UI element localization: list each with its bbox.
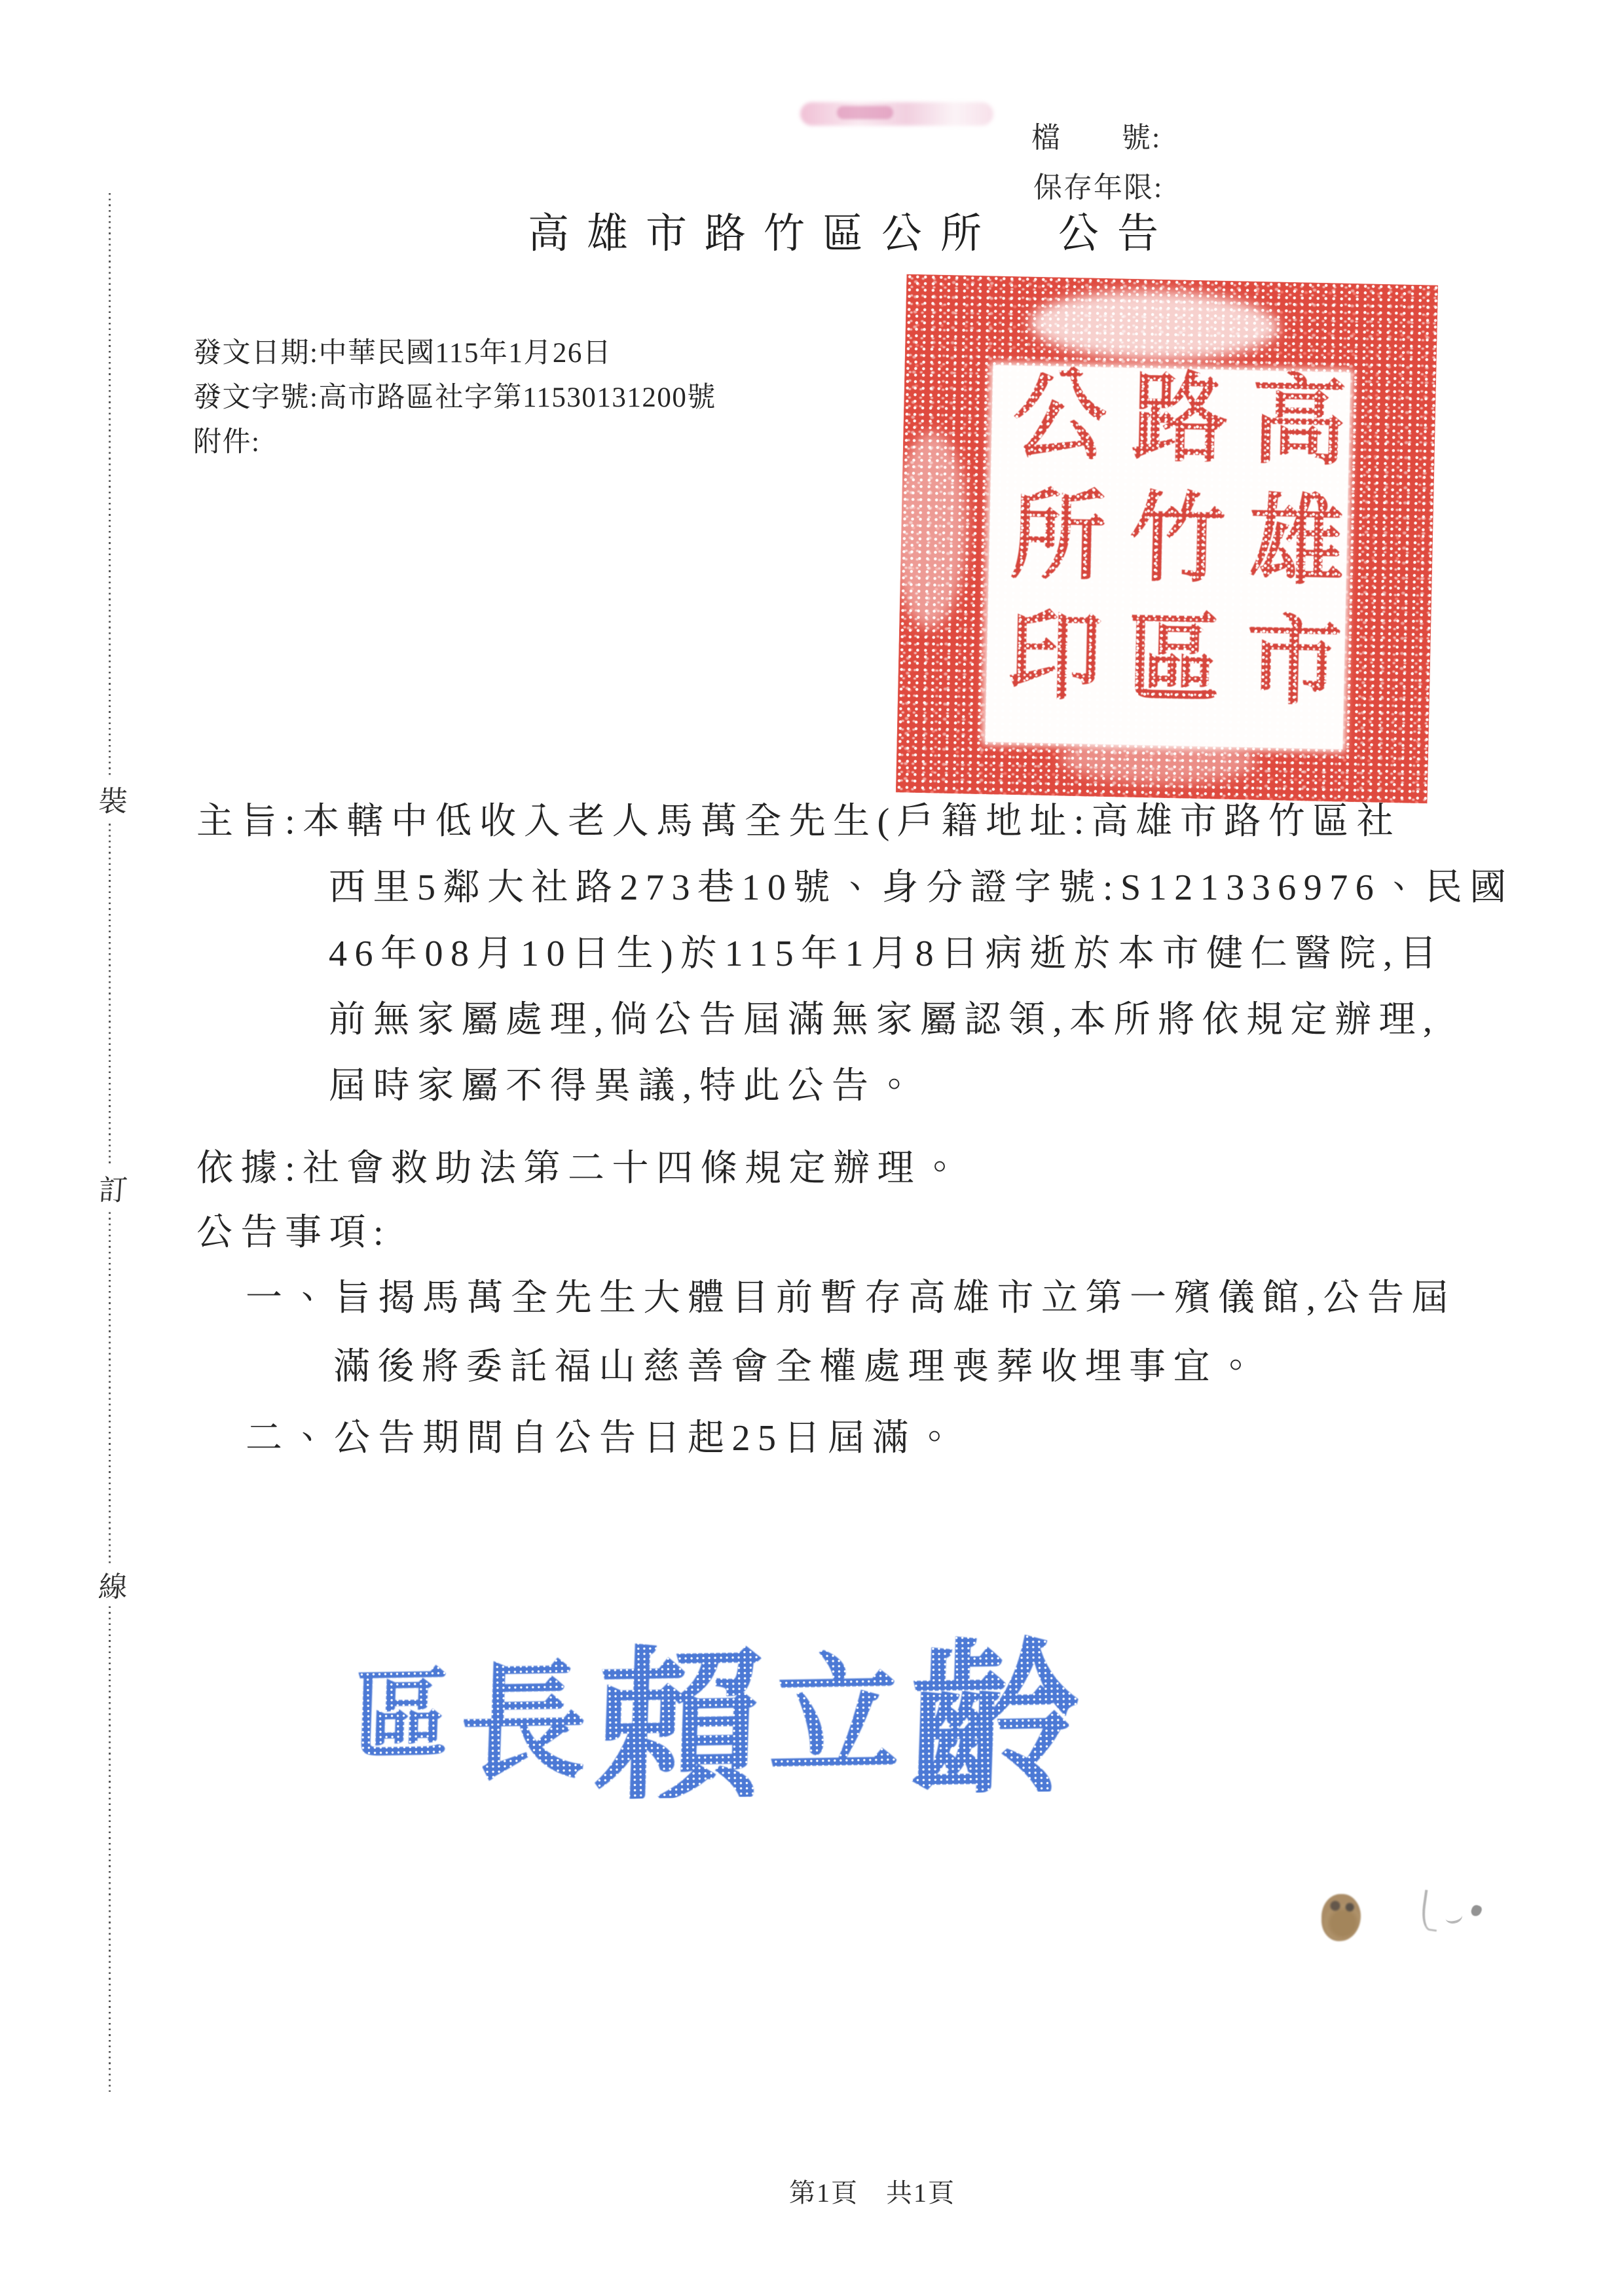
binding-mark-zhuang: 裝 — [91, 778, 136, 820]
binding-mark-xian: 線 — [91, 1563, 136, 1605]
stamp-char: 長 — [457, 1620, 591, 1806]
seal-erosion-patch — [893, 431, 969, 629]
seal-inner-panel: 高雄市路竹區公所印 — [985, 365, 1350, 749]
seal-erosion-patch — [1029, 289, 1280, 363]
item-2-line: 二、公告期間自公告日起25日屆滿。 — [246, 1409, 961, 1461]
file-number-label: 檔 號: — [1031, 114, 1161, 156]
stamp-char: 賴 — [591, 1592, 767, 1835]
pink-ink-smudge — [800, 102, 993, 126]
item-1-text: 旨揭馬萬全先生大體目前暫存高雄市立第一殯儀館,公告屆 — [334, 1278, 1456, 1319]
item-1-number: 一、 — [246, 1278, 334, 1319]
subject-line: 46年08月10日生)於115年1月8日病逝於本市健仁醫院,目 — [329, 924, 1444, 977]
official-red-seal: 高雄市路竹區公所印 — [896, 274, 1438, 804]
subject-line: 主旨:本轄中低收入老人馬萬全先生(戶籍地址:高雄市路竹區社 — [196, 792, 1401, 845]
attachment-label: 附件: — [193, 420, 260, 460]
retention-period-label: 保存年限: — [1033, 164, 1163, 206]
subject-line: 前無家屬處理,倘公告屆滿無家屬認領,本所將依規定辦理, — [329, 991, 1440, 1043]
issue-date-line: 發文日期:中華民國115年1月26日 — [193, 331, 612, 371]
subject-line: 西里5鄰大社路273巷10號、身分證字號:S121336976、民國 — [329, 858, 1514, 911]
pencil-squiggle — [1420, 1889, 1442, 1931]
binding-dotted-line — [109, 193, 111, 2092]
scanned-announcement-page: { "header": { "file_no_label": "檔 號:", "… — [0, 0, 1624, 2296]
stamp-char: 區 — [352, 1635, 455, 1778]
stamp-char: 齡 — [905, 1584, 1084, 1832]
item-1-line: 滿後將委託福山慈善會全權處理喪葬收埋事宜。 — [333, 1338, 1262, 1390]
item-2-number: 二、 — [246, 1418, 334, 1459]
item-2-text: 公告期間自公告日起25日屆滿。 — [334, 1418, 961, 1459]
seal-script-text: 高雄市路竹區公所印 — [985, 363, 1350, 751]
document-title: 高雄市路竹區公所 公告 — [528, 200, 1176, 260]
page-footer: 第1頁 共1頁 — [789, 2172, 955, 2210]
brown-stain-smudge — [1321, 1894, 1361, 1941]
subject-label: 主旨: — [196, 801, 303, 842]
pencil-dot — [1470, 1904, 1483, 1918]
items-header: 公告事項: — [196, 1203, 391, 1256]
subject-text: 本轄中低收入老人馬萬全先生(戶籍地址:高雄市路竹區社 — [303, 801, 1401, 842]
doc-number-line: 發文字號:高市路區社字第11530131200號 — [193, 375, 716, 415]
stamp-char: 立 — [767, 1611, 904, 1801]
binding-mark-ding: 訂 — [91, 1167, 136, 1209]
pink-ink-smudge-core — [837, 106, 893, 119]
subject-line: 屆時家屬不得異議,特此公告。 — [329, 1057, 920, 1109]
basis-line: 依據:社會救助法第二十四條規定辦理。 — [196, 1139, 966, 1192]
district-chief-signature-stamp: 區長賴立齡 — [352, 1581, 1101, 1804]
pencil-squiggle — [1444, 1909, 1464, 1925]
item-1-line: 一、旨揭馬萬全先生大體目前暫存高雄市立第一殯儀館,公告屆 — [246, 1269, 1456, 1321]
